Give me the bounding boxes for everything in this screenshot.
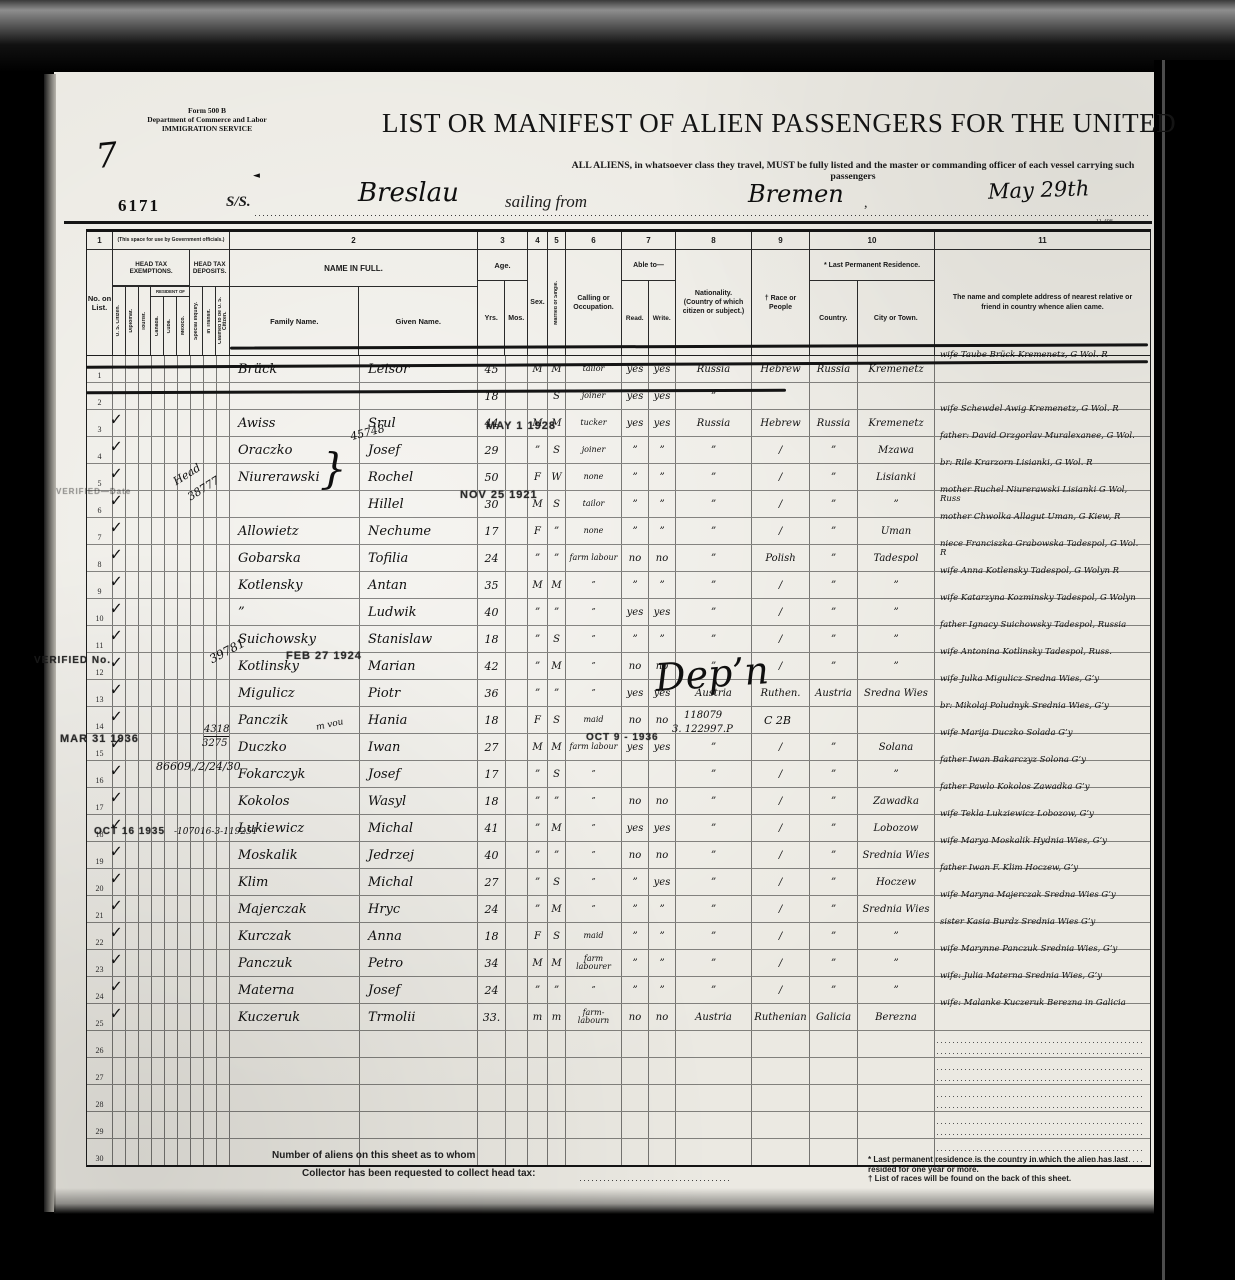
cell-race bbox=[752, 707, 810, 733]
sex-handwritten: M bbox=[532, 418, 542, 429]
cell-nat: ” bbox=[676, 437, 752, 463]
cell-occ: ” bbox=[566, 761, 622, 787]
ms-handwritten: M bbox=[551, 418, 561, 429]
check-mark: ✓ bbox=[109, 868, 123, 889]
cell-read: ” bbox=[622, 950, 649, 976]
relative-handwritten: niece Franciszka Grabowska Tadespol, G W… bbox=[935, 540, 1150, 558]
read-handwritten: yes bbox=[627, 688, 644, 699]
cell-race: / bbox=[752, 518, 810, 544]
manifest-row: 25✓KuczerukTrmolii33.mmfarm- labournnono… bbox=[87, 1004, 1150, 1031]
form-heading: Form 500 B Department of Commerce and La… bbox=[112, 106, 302, 133]
cell-nat: Austria bbox=[676, 680, 752, 706]
cell-e4 bbox=[165, 518, 178, 544]
cell-write: ” bbox=[649, 572, 676, 598]
cell-family: Panczuk bbox=[230, 950, 360, 976]
cell-e0 bbox=[113, 1031, 126, 1057]
sex-handwritten: M bbox=[532, 499, 542, 510]
family-name-handwritten: Klim bbox=[230, 875, 268, 890]
cell-e3 bbox=[152, 842, 165, 868]
cell-e1 bbox=[126, 545, 139, 571]
relative-handwritten: wife Katarzyna Kozminsky Tadespol, G Wol… bbox=[935, 594, 1150, 603]
cell-ms: S bbox=[548, 383, 566, 409]
cell-e8 bbox=[217, 869, 230, 895]
cell-e5 bbox=[178, 464, 191, 490]
cell-yrs: 18 bbox=[478, 923, 506, 949]
age-handwritten: 17 bbox=[485, 525, 499, 538]
cell-family: Allowietz bbox=[230, 518, 360, 544]
cell-yrs: 24 bbox=[478, 977, 506, 1003]
cell-e3 bbox=[152, 518, 165, 544]
cell-e0: ✓ bbox=[113, 491, 126, 517]
cell-sex: ” bbox=[528, 545, 548, 571]
family-name-handwritten: Niurerawski bbox=[230, 470, 320, 485]
cell-e7 bbox=[204, 977, 217, 1003]
cell-ms: M bbox=[548, 410, 566, 436]
country-handwritten: ” bbox=[831, 850, 836, 861]
cell-e5 bbox=[178, 599, 191, 625]
cell-occ: ” bbox=[566, 572, 622, 598]
nat-handwritten: ” bbox=[711, 904, 716, 915]
cell-occ: ” bbox=[566, 680, 622, 706]
cell-mos bbox=[506, 1085, 528, 1111]
row-number: 19 bbox=[96, 857, 104, 866]
read-handwritten: yes bbox=[627, 742, 644, 753]
sex-handwritten: ” bbox=[535, 796, 540, 807]
cell-e5 bbox=[178, 518, 191, 544]
cell-nat: ” bbox=[676, 545, 752, 571]
read-handwritten: ” bbox=[632, 634, 637, 645]
cell-e8 bbox=[217, 599, 230, 625]
cell-rel: wife Taube Brück Kremenetz, G Wol. R bbox=[935, 356, 1150, 382]
city-town-label: City or Town. bbox=[858, 281, 934, 355]
cell-e2 bbox=[139, 410, 152, 436]
ms-handwritten: ” bbox=[554, 553, 559, 564]
subcol-tourist: Tourist. bbox=[142, 312, 147, 331]
cell-e2 bbox=[139, 464, 152, 490]
cell-mos bbox=[506, 707, 528, 733]
cell-city: Kremenetz bbox=[858, 410, 935, 436]
race-handwritten: / bbox=[779, 661, 782, 672]
cell-country: ” bbox=[810, 518, 858, 544]
col-married-single: 5 Married or Single. bbox=[548, 232, 566, 355]
cell-e1 bbox=[126, 707, 139, 733]
nat-handwritten: ” bbox=[711, 742, 716, 753]
cell-country: ” bbox=[810, 815, 858, 841]
col-number-6: 6 bbox=[566, 232, 621, 250]
city-handwritten: Lisianki bbox=[876, 472, 916, 483]
cell-race bbox=[752, 383, 810, 409]
col-nationality: 8 Nationality. (Country of which citizen… bbox=[676, 232, 752, 355]
col-number-11: 11 bbox=[935, 232, 1150, 250]
cell-nat: ” bbox=[676, 599, 752, 625]
sex-handwritten: M bbox=[532, 580, 542, 591]
cell-write: yes bbox=[649, 599, 676, 625]
race-handwritten: Hebrew bbox=[760, 364, 800, 375]
write-handwritten: no bbox=[656, 1012, 668, 1023]
occupation-handwritten: none bbox=[584, 473, 604, 481]
cell-e2 bbox=[139, 1139, 152, 1165]
row-number: 2 bbox=[98, 398, 102, 407]
write-handwritten: yes bbox=[654, 364, 671, 375]
cell-race: Hebrew bbox=[752, 410, 810, 436]
cell-ms: W bbox=[548, 464, 566, 490]
cell-city: ” bbox=[858, 626, 935, 652]
ms-handwritten: ” bbox=[554, 850, 559, 861]
cell-write: ” bbox=[649, 464, 676, 490]
age-handwritten: 18 bbox=[485, 714, 499, 727]
occupation-handwritten: ” bbox=[591, 608, 595, 616]
given-name-handwritten: Srul bbox=[360, 416, 396, 431]
cell-e3 bbox=[152, 707, 165, 733]
cell-e8 bbox=[217, 572, 230, 598]
cell-mos bbox=[506, 680, 528, 706]
cell-e8 bbox=[217, 491, 230, 517]
ms-handwritten: S bbox=[553, 769, 560, 780]
cell-given: Hryc bbox=[360, 896, 478, 922]
cell-country bbox=[810, 1112, 858, 1138]
row-number: 8 bbox=[98, 560, 102, 569]
cell-write: no bbox=[649, 653, 676, 679]
cell-e3 bbox=[152, 788, 165, 814]
cell-city bbox=[858, 707, 935, 733]
cell-e2 bbox=[139, 626, 152, 652]
cell-yrs: 18 bbox=[478, 626, 506, 652]
cell-given bbox=[360, 1112, 478, 1138]
country-handwritten: ” bbox=[831, 796, 836, 807]
cell-write: yes bbox=[649, 815, 676, 841]
cell-e1 bbox=[126, 842, 139, 868]
race-handwritten: / bbox=[779, 931, 782, 942]
col-number-8: 8 bbox=[676, 232, 751, 250]
cell-race: / bbox=[752, 464, 810, 490]
cell-e0: ✓ bbox=[113, 599, 126, 625]
cell-mos bbox=[506, 410, 528, 436]
family-name-handwritten: Panczuk bbox=[230, 956, 293, 971]
age-handwritten: 45 bbox=[485, 363, 499, 376]
cell-e0 bbox=[113, 1085, 126, 1111]
cell-race: Polish bbox=[752, 545, 810, 571]
cell-ms: ” bbox=[548, 518, 566, 544]
name-in-full-label: NAME IN FULL. bbox=[230, 250, 477, 287]
cell-read: yes bbox=[622, 356, 649, 382]
nat-handwritten: ” bbox=[711, 445, 716, 456]
cell-country: Russia bbox=[810, 356, 858, 382]
cell-e5 bbox=[178, 437, 191, 463]
cell-given: Trmolii bbox=[360, 1004, 478, 1030]
nat-handwritten: ” bbox=[711, 526, 716, 537]
row-number: 6 bbox=[98, 506, 102, 515]
cell-sex bbox=[528, 1058, 548, 1084]
family-name-handwritten: Panczik bbox=[230, 713, 288, 728]
cell-e8 bbox=[217, 977, 230, 1003]
cell-e0: ✓ bbox=[113, 950, 126, 976]
cell-mos bbox=[506, 464, 528, 490]
cell-e4 bbox=[165, 842, 178, 868]
cell-mos bbox=[506, 383, 528, 409]
cell-e7 bbox=[204, 518, 217, 544]
cell-nat: ” bbox=[676, 950, 752, 976]
cell-nat: ” bbox=[676, 815, 752, 841]
cell-e3 bbox=[152, 815, 165, 841]
given-name-handwritten: Marian bbox=[360, 659, 416, 674]
cell-e7 bbox=[204, 464, 217, 490]
cell-e0: ✓ bbox=[113, 545, 126, 571]
cell-family: Brück bbox=[230, 356, 360, 382]
cell-e0 bbox=[113, 383, 126, 409]
family-name-handwritten: Suichowsky bbox=[230, 632, 316, 647]
cell-nat bbox=[676, 1112, 752, 1138]
cell-e4 bbox=[165, 869, 178, 895]
relative-handwritten: wife Anna Kotlensky Tadespol, G Wolyn R bbox=[935, 567, 1150, 576]
cell-given: Antan bbox=[360, 572, 478, 598]
cell-read bbox=[622, 1085, 649, 1111]
cell-ms: ” bbox=[548, 545, 566, 571]
occupation-handwritten: ” bbox=[591, 635, 595, 643]
cell-e6 bbox=[191, 788, 204, 814]
country-handwritten: ” bbox=[831, 958, 836, 969]
ms-handwritten: m bbox=[552, 1012, 561, 1023]
subcol-claimed-citizen: Claimed to be U. S. Citizen. bbox=[218, 290, 228, 352]
cell-nat: ” bbox=[676, 788, 752, 814]
cell-city: Berezna bbox=[858, 1004, 935, 1030]
cell-e7 bbox=[204, 437, 217, 463]
cell-ms: ” bbox=[548, 680, 566, 706]
cell-e1 bbox=[126, 356, 139, 382]
cell-e0: ✓ bbox=[113, 410, 126, 436]
cell-e7 bbox=[204, 626, 217, 652]
cell-yrs bbox=[478, 1112, 506, 1138]
relative-handwritten: mother Chwolka Allagut Uman, G Kiew, R bbox=[935, 513, 1150, 522]
relative-handwritten: father Iwan F. Klim Hoczew, G’y bbox=[935, 864, 1150, 873]
cell-e6 bbox=[191, 1031, 204, 1057]
relative-handwritten: br: Rile Krarzorn Lisianki, G Wol. R bbox=[935, 459, 1150, 468]
cell-race: / bbox=[752, 572, 810, 598]
cell-e6 bbox=[191, 1139, 204, 1165]
cell-write: no bbox=[649, 1004, 676, 1030]
write-handwritten: ” bbox=[659, 931, 664, 942]
cell-city: ” bbox=[858, 761, 935, 787]
cell-write bbox=[649, 1058, 676, 1084]
family-name-handwritten: Kotlinsky bbox=[230, 659, 299, 674]
row-number: 20 bbox=[96, 884, 104, 893]
cell-e5 bbox=[178, 491, 191, 517]
col-last-residence: 10 * Last Permanent Residence. Country. … bbox=[810, 232, 935, 355]
write-handwritten: no bbox=[656, 661, 668, 672]
check-mark: ✓ bbox=[109, 490, 123, 511]
ms-handwritten: S bbox=[553, 634, 560, 645]
check-mark: ✓ bbox=[109, 517, 123, 538]
row-number: 4 bbox=[98, 452, 102, 461]
cell-family: Kotlinsky bbox=[230, 653, 360, 679]
cell-city: ” bbox=[858, 653, 935, 679]
cell-write: yes bbox=[649, 410, 676, 436]
cell-e0 bbox=[113, 1139, 126, 1165]
read-handwritten: no bbox=[629, 1012, 641, 1023]
city-handwritten: ” bbox=[893, 580, 898, 591]
footnote-races: † List of races will be found on the bac… bbox=[868, 1174, 1158, 1184]
age-handwritten: 17 bbox=[485, 768, 499, 781]
cell-e8 bbox=[217, 707, 230, 733]
cell-nat: ” bbox=[676, 896, 752, 922]
cell-occ: maid bbox=[566, 707, 622, 733]
cell-e6 bbox=[191, 572, 204, 598]
nat-handwritten: Russia bbox=[697, 364, 730, 375]
given-name-handwritten: Josef bbox=[360, 767, 400, 782]
nat-handwritten: ” bbox=[711, 661, 716, 672]
cell-nat bbox=[676, 1085, 752, 1111]
family-name-label: Family Name. bbox=[230, 287, 359, 355]
cell-e5 bbox=[178, 815, 191, 841]
relative-handwritten: wife: Julia Materna Srednia Wies, G’y bbox=[935, 972, 1150, 981]
cell-e7 bbox=[204, 356, 217, 382]
cell-e4 bbox=[165, 761, 178, 787]
relative-handwritten: wife Taube Brück Kremenetz, G Wol. R bbox=[935, 351, 1150, 360]
manifest-row: 1BrückLeisor45MMtailoryesyesRussiaHebrew… bbox=[87, 356, 1150, 383]
row-number: 15 bbox=[96, 749, 104, 758]
sex-handwritten: ” bbox=[535, 634, 540, 645]
city-handwritten: Tadespol bbox=[874, 553, 919, 564]
city-handwritten: ” bbox=[893, 634, 898, 645]
cell-sex: F bbox=[528, 923, 548, 949]
cell-rel bbox=[935, 1112, 1150, 1138]
cell-sex bbox=[528, 1085, 548, 1111]
cell-given: Stanislaw bbox=[360, 626, 478, 652]
cell-nat: ” bbox=[676, 977, 752, 1003]
cell-rel bbox=[935, 1031, 1150, 1057]
cell-ms: M bbox=[548, 356, 566, 382]
read-handwritten: ” bbox=[632, 580, 637, 591]
given-name-handwritten: Wasyl bbox=[360, 794, 406, 809]
cell-country bbox=[810, 1031, 858, 1057]
footer-collector-note: Collector has been requested to collect … bbox=[302, 1168, 535, 1179]
cell-sex: M bbox=[528, 734, 548, 760]
cell-country bbox=[810, 383, 858, 409]
cell-read: ” bbox=[622, 572, 649, 598]
sex-handwritten: m bbox=[533, 1012, 542, 1023]
given-name-handwritten: Antan bbox=[360, 578, 407, 593]
cell-race: / bbox=[752, 734, 810, 760]
cell-city: Lisianki bbox=[858, 464, 935, 490]
cell-e8 bbox=[217, 437, 230, 463]
cell-e5 bbox=[178, 1031, 191, 1057]
cell-e0: ✓ bbox=[113, 869, 126, 895]
cell-sex: ” bbox=[528, 680, 548, 706]
sex-handwritten: F bbox=[534, 472, 541, 483]
cell-write: yes bbox=[649, 734, 676, 760]
cell-e6 bbox=[191, 437, 204, 463]
race-handwritten: / bbox=[779, 580, 782, 591]
cell-sex: ” bbox=[528, 842, 548, 868]
cell-yrs: 41 bbox=[478, 815, 506, 841]
country-handwritten: ” bbox=[831, 607, 836, 618]
cell-write: ” bbox=[649, 518, 676, 544]
cell-given: Anna bbox=[360, 923, 478, 949]
cell-e8 bbox=[217, 761, 230, 787]
family-name-handwritten: Lukiewicz bbox=[230, 821, 304, 836]
row-number: 3 bbox=[98, 425, 102, 434]
relative-handwritten: sister Kasia Burdz Srednia Wies G’y bbox=[935, 918, 1150, 927]
family-name-handwritten: Migulicz bbox=[230, 686, 295, 701]
cell-mos bbox=[506, 437, 528, 463]
cell-race: / bbox=[752, 761, 810, 787]
cell-sex: ” bbox=[528, 788, 548, 814]
cell-e1 bbox=[126, 1139, 139, 1165]
cell-occ: ” bbox=[566, 977, 622, 1003]
subcol-us-citizen: U. S. Citizen. bbox=[116, 305, 121, 336]
occupation-handwritten: ” bbox=[591, 986, 595, 994]
city-handwritten: Srednia Wies bbox=[862, 850, 929, 861]
cell-e5 bbox=[178, 707, 191, 733]
row-number: 7 bbox=[98, 533, 102, 542]
row-number: 28 bbox=[96, 1100, 104, 1109]
cell-e2 bbox=[139, 437, 152, 463]
cell-e8 bbox=[217, 950, 230, 976]
manifest-row: 26 bbox=[87, 1031, 1150, 1058]
cell-e8 bbox=[217, 1004, 230, 1030]
family-name-handwritten: Duczko bbox=[230, 740, 287, 755]
cell-e1 bbox=[126, 1085, 139, 1111]
cell-race bbox=[752, 1031, 810, 1057]
cell-e8 bbox=[217, 1058, 230, 1084]
cell-given: Josef bbox=[360, 977, 478, 1003]
cell-e1 bbox=[126, 734, 139, 760]
cell-given: Rochel bbox=[360, 464, 478, 490]
cell-no: 1 bbox=[87, 356, 113, 382]
nat-handwritten: ” bbox=[711, 850, 716, 861]
cell-city: Sredna Wies bbox=[858, 680, 935, 706]
form-service-line: IMMIGRATION SERVICE bbox=[112, 124, 302, 133]
cell-family: Niurerawski bbox=[230, 464, 360, 490]
cell-no: 29 bbox=[87, 1112, 113, 1138]
cell-city bbox=[858, 1112, 935, 1138]
write-handwritten: no bbox=[656, 553, 668, 564]
cell-family: Moskalik bbox=[230, 842, 360, 868]
cell-ms bbox=[548, 1112, 566, 1138]
cell-sex: F bbox=[528, 518, 548, 544]
cell-sex bbox=[528, 1112, 548, 1138]
cell-family bbox=[230, 1031, 360, 1057]
cell-e8 bbox=[217, 1112, 230, 1138]
cell-ms bbox=[548, 1058, 566, 1084]
ship-name-handwritten: Breslau bbox=[358, 178, 459, 208]
age-handwritten: 30 bbox=[485, 498, 499, 511]
cell-mos bbox=[506, 788, 528, 814]
cell-e4 bbox=[165, 383, 178, 409]
cell-yrs: 27 bbox=[478, 734, 506, 760]
cell-e5 bbox=[178, 842, 191, 868]
cell-family: Klim bbox=[230, 869, 360, 895]
cell-e2 bbox=[139, 545, 152, 571]
race-handwritten: / bbox=[779, 472, 782, 483]
cell-race: / bbox=[752, 491, 810, 517]
mos-label: Mos. bbox=[505, 281, 527, 355]
cell-e6 bbox=[191, 1004, 204, 1030]
sheet-number: 6171 bbox=[118, 196, 160, 216]
given-name-handwritten: Michal bbox=[360, 875, 413, 890]
cell-family bbox=[230, 1058, 360, 1084]
cell-nat: ” bbox=[676, 734, 752, 760]
read-handwritten: ” bbox=[632, 958, 637, 969]
cell-sex: ” bbox=[528, 761, 548, 787]
cell-given bbox=[360, 383, 478, 409]
cell-e7 bbox=[204, 788, 217, 814]
cell-read: ” bbox=[622, 869, 649, 895]
cell-e6 bbox=[191, 734, 204, 760]
cell-e3 bbox=[152, 491, 165, 517]
cell-e8 bbox=[217, 842, 230, 868]
city-handwritten: ” bbox=[893, 985, 898, 996]
cell-yrs: 44 bbox=[478, 410, 506, 436]
